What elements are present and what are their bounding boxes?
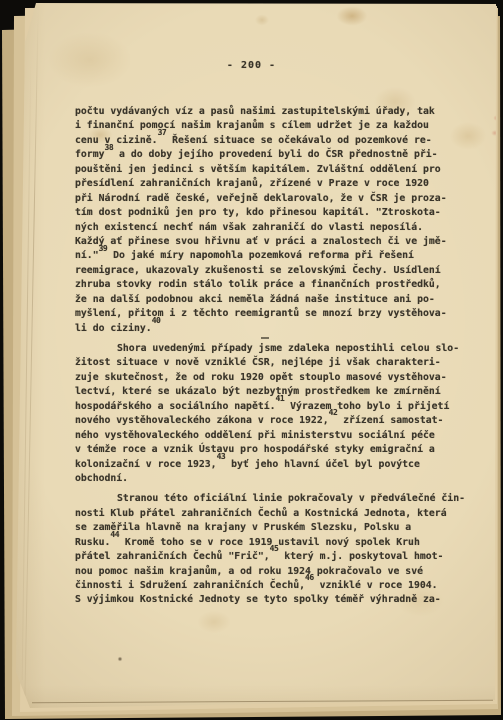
text-line: zuje skutečnost, že od roku 1920 opět st… xyxy=(75,371,457,385)
text-line: pouštěni jen jedinci s větším kapitálem.… xyxy=(75,163,457,177)
text-line: počtu vydávaných víz a pasů našimi zastu… xyxy=(75,105,457,119)
footnote-ref: 43 xyxy=(217,452,226,461)
text-line: přátel zahraničních Čechů "Frič",45 kter… xyxy=(75,550,457,564)
book-page: - 200 - počtu vydávaných víz a pasů naši… xyxy=(0,0,503,720)
footnote-ref: 37 xyxy=(158,128,167,137)
text-line: nou pomoc našim krajanům, a od roku 1924… xyxy=(75,565,457,579)
footnote-ref: 40 xyxy=(152,316,161,325)
footnote-ref: 46 xyxy=(305,573,314,582)
text-line: nosti Klub přátel zahraničních Čechů a K… xyxy=(75,507,457,521)
text-line: tím dost podniků jen pro ty, kdo přineso… xyxy=(75,206,457,220)
paragraph: počtu vydávaných víz a pasů našimi zastu… xyxy=(75,105,457,336)
text-line: lectví, které se ukázalo být nezbytným p… xyxy=(75,385,457,399)
text-line: li do ciziny.40 xyxy=(75,322,457,336)
text-line: nového vystěhovaleckého zákona v roce 19… xyxy=(75,414,457,428)
page-crease xyxy=(24,10,38,700)
text-line: ných existencí nechť nám však zahraničí … xyxy=(75,221,457,235)
typed-dash-artifact xyxy=(261,337,269,339)
paragraph: Stranou této oficiální linie pokračovaly… xyxy=(75,492,457,608)
paragraph: Shora uvedenými případy jsme zdaleka nep… xyxy=(75,342,457,486)
text-line: cenu v cizině.37 Řešení situace se očeká… xyxy=(75,134,457,148)
text-line: Rusku.44 Kromě toho se v roce 1919 ustav… xyxy=(75,536,457,550)
footnote-ref: 41 xyxy=(276,394,285,403)
footnote-ref: 39 xyxy=(99,244,108,253)
page-number: - 200 - xyxy=(0,60,503,71)
text-line: zhruba stovky rodin stálo tolik práce a … xyxy=(75,278,457,292)
text-line: myšlení, přitom i z těchto reemigrantů s… xyxy=(75,307,457,321)
footnote-ref: 42 xyxy=(329,408,338,417)
text-line: obchodní. xyxy=(75,472,457,486)
text-line: přesídlení zahraničních krajanů, zřízené… xyxy=(75,177,457,191)
text-line: že na další podobnou akci neměla žádná n… xyxy=(75,293,457,307)
text-line: Každý ať přinese svou hřivnu ať v práci … xyxy=(75,235,457,249)
text-line: S výjimkou Kostnické Jednoty se tyto spo… xyxy=(75,593,457,607)
footnote-ref: 45 xyxy=(270,544,279,553)
text-line: žitost situace v nově vzniklé ČSR, nejlé… xyxy=(75,356,457,370)
text-line: ného vystěhovaleckého oddělení při minis… xyxy=(75,429,457,443)
page-text: počtu vydávaných víz a pasů našimi zastu… xyxy=(75,105,457,614)
footnote-ref: 44 xyxy=(110,530,119,539)
text-line: v témže roce a vznik Ústavu pro hospodář… xyxy=(75,443,457,457)
text-line: hospodářského a sociálního napětí.41 Výr… xyxy=(75,400,457,414)
text-line: reemigrace, ukazovaly zkušenosti se zelo… xyxy=(75,264,457,278)
text-line: kolonizační v roce 1923,43 byť jeho hlav… xyxy=(75,458,457,472)
text-line: ní."39 Do jaké míry napomohla pozemková … xyxy=(75,249,457,263)
text-line: formy38 a do doby jejího provedení byli … xyxy=(75,148,457,162)
text-line: činnosti i Sdružení zahraničních Čechů,4… xyxy=(75,579,457,593)
text-line: se zaměřila hlavně na krajany v Pruském … xyxy=(75,521,457,535)
footnote-ref: 38 xyxy=(105,143,114,152)
text-line: Stranou této oficiální linie pokračovaly… xyxy=(75,492,457,506)
text-line: při Národní radě české, veřejně deklarov… xyxy=(75,192,457,206)
text-line: Shora uvedenými případy jsme zdaleka nep… xyxy=(75,342,457,356)
text-line: i finanční pomocí našim krajanům s cílem… xyxy=(75,119,457,133)
